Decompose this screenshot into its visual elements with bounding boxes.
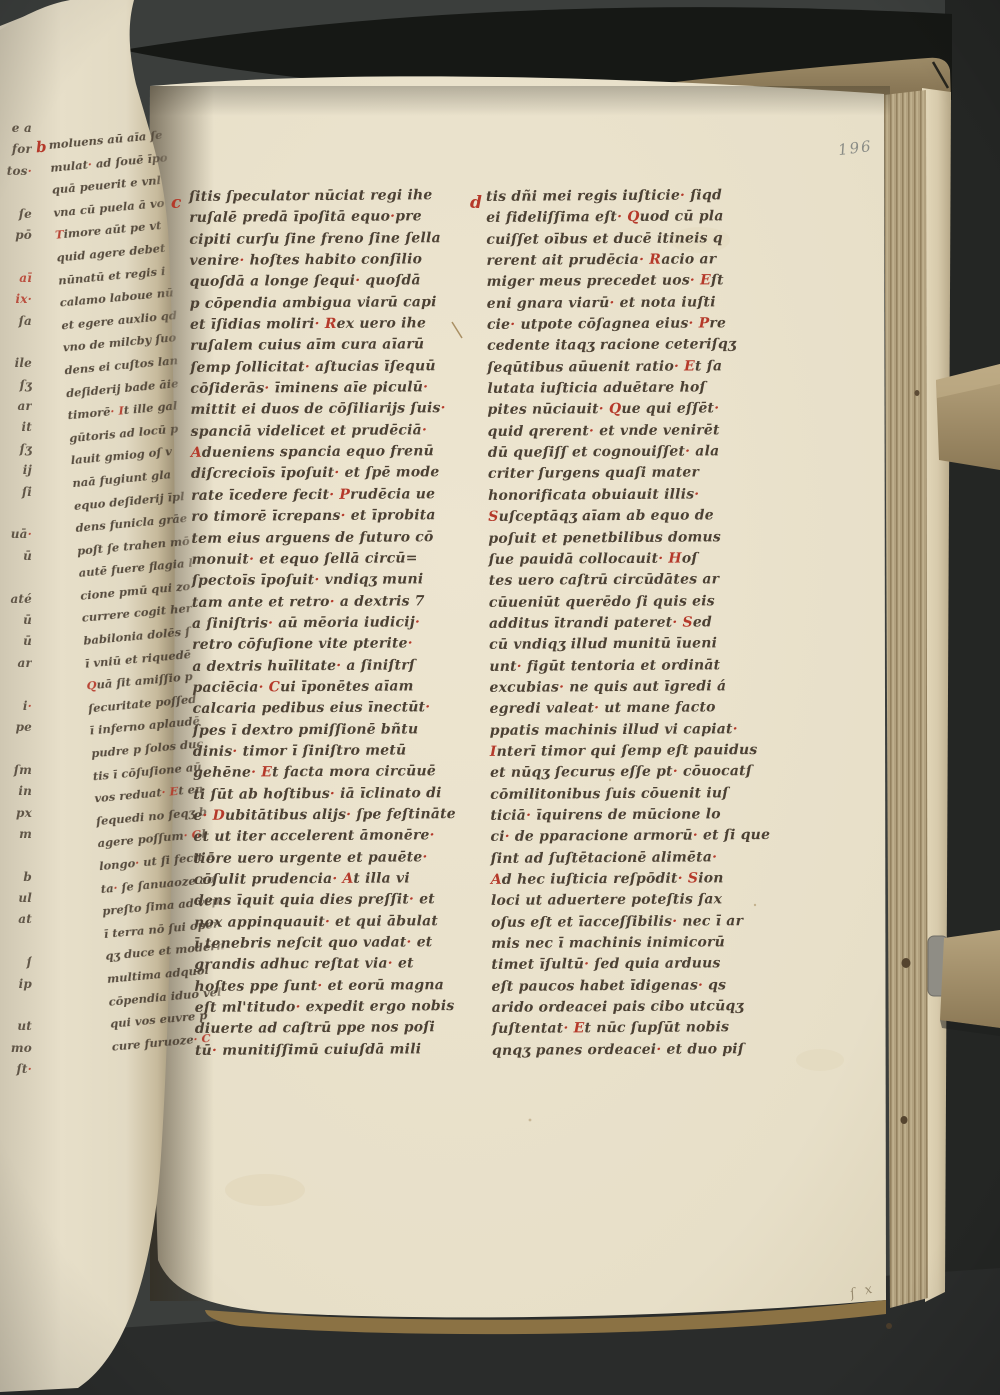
- manuscript-line: cū vndiqʒ illud munitū īueni: [489, 633, 751, 656]
- manuscript-line: cōſiderās· īminens aīe piculū·: [190, 377, 452, 400]
- manuscript-line: cie· utpote cōſagnea eius· Pre: [487, 313, 749, 336]
- manuscript-line: cuiſſet oībus et ducē itineis q: [486, 228, 748, 251]
- manuscript-line: paciēcia· Cui īponētes aīam: [192, 676, 454, 699]
- manuscript-line: loci ut aduertere poteſtis ſax: [491, 889, 753, 912]
- fragment-line: [0, 182, 32, 203]
- manuscript-line: nox appinquauit· et qui ābulat: [194, 911, 456, 934]
- fragment-line: até: [0, 589, 32, 610]
- right-column: tis dñi mei regis iuſticie· ſiqdei fidel…: [486, 185, 754, 1062]
- fragment-line: aī: [0, 268, 32, 289]
- manuscript-line: mis nec ī machinis inimicorū: [491, 932, 753, 955]
- manuscript-line: ti ſūt ab hoſtibus· iā īclinato di: [193, 783, 455, 806]
- fragment-line: b: [0, 867, 32, 888]
- fragment-line: it: [0, 417, 32, 438]
- fragment-line: [0, 845, 32, 866]
- fragment-line: [0, 567, 32, 588]
- manuscript-line: mittit ei duos de cōſiliarijs ſuis·: [190, 399, 452, 422]
- manuscript-line: additus ītrandi pateret· Sed: [489, 612, 751, 635]
- manuscript-line: eni gnara viarū· et nota iuſti: [487, 292, 749, 315]
- manuscript-line: ticiā· īquirens de mūcione lo: [490, 804, 752, 827]
- fragment-line: ile: [0, 353, 32, 374]
- fragment-line: [0, 503, 32, 524]
- fragment-line: e a: [0, 118, 32, 139]
- fragment-line: [0, 674, 32, 695]
- fragment-line: [0, 931, 32, 952]
- manuscript-line: diuerte ad caſtrū ppe nos poſi: [195, 1017, 457, 1040]
- manuscript-line: pites nūciauit· Que qui eſſēt·: [487, 399, 749, 422]
- left-column: ſitis ſpeculator nūciat regi iheruſalē p…: [189, 185, 457, 1062]
- initial-b: b: [35, 138, 47, 157]
- fragment-line: tos·: [0, 161, 32, 182]
- manuscript-line: Ad hec iuſticia reſpōdit· Sion: [491, 868, 753, 891]
- fragment-line: ſt·: [0, 1059, 32, 1080]
- fragment-line: mo: [0, 1038, 32, 1059]
- fragment-line: ſʒ: [0, 439, 32, 460]
- manuscript-line: ſemp ſollicitat· aſtucias īſequū: [190, 356, 452, 379]
- manuscript-line: retro cōfuſione vite pterite·: [192, 633, 454, 656]
- manuscript-line: diſcrecioīs īpoſuit· et ſpē mode: [191, 463, 453, 486]
- manuscript-line: tiōre uero urgente et pauēte·: [194, 847, 456, 870]
- fragment-line: ar: [0, 653, 32, 674]
- manuscript-line: ro timorē īcrepans· et īprobita: [191, 505, 453, 528]
- manuscript-line: qnqʒ panes ordeacei· et duo piſ: [492, 1039, 754, 1062]
- manuscript-line: dens īquit quia dies preſſit· et: [194, 889, 456, 912]
- manuscript-line: rate īcedere fecit· Prudēcia ue: [191, 484, 453, 507]
- manuscript-line: tes uero caſtrū circūdātes ar: [489, 569, 751, 592]
- fragment-line: ut: [0, 1016, 32, 1037]
- manuscript-line: Adueniens spancia equo frenū: [191, 441, 453, 464]
- manuscript-line: a dextris huīlitate· a ſiniſtrſ: [192, 655, 454, 678]
- fragment-line: ſe: [0, 204, 32, 225]
- manuscript-line: eſt paucos habet īdigenas· qs: [491, 975, 753, 998]
- fragment-line: ſi: [0, 482, 32, 503]
- manuscript-line: dinis· timor ī ſiniſtro metū: [193, 740, 455, 763]
- manuscript-line: ruſalem cuius aīm cura aīarū: [190, 334, 452, 357]
- manuscript-line: poſuit et penetbilibus domus: [488, 527, 750, 550]
- manuscript-line: miger meus precedet uos· Eſt: [487, 270, 749, 293]
- manuscript-line: hoſtes ppe ſunt· et eorū magna: [194, 975, 456, 998]
- fragment-line: [0, 738, 32, 759]
- manuscript-line: quoſdā a longe ſequi· quoſdā: [190, 270, 452, 293]
- fragment-line: ul: [0, 888, 32, 909]
- fragment-line: [0, 995, 32, 1016]
- fragment-line: ix·: [0, 289, 32, 310]
- manuscript-line: excubias· ne quis aut īgredi á: [489, 676, 751, 699]
- manuscript-line: ſeqūtibus aūuenit ratio· Et ſa: [487, 356, 749, 379]
- manuscript-line: venire· hoſtes habito conſilio: [189, 249, 451, 272]
- fragment-line: px: [0, 803, 32, 824]
- fragment-line: for: [0, 139, 32, 160]
- manuscript-line: a ſiniſtris· aū mēoria iudicij·: [192, 612, 454, 635]
- manuscript-line: e· Dubitātibus alijs· ſpe feſtināte: [193, 804, 455, 827]
- manuscript-line: Interī timor qui ſemp eſt pauidus: [490, 740, 752, 763]
- fragment-line: pō: [0, 225, 32, 246]
- manuscript-line: tis dñi mei regis iuſticie· ſiqd: [486, 185, 748, 208]
- manuscript-line: ſint ad ſuſtētacionē alimēta·: [491, 847, 753, 870]
- manuscript-line: et īſidias moliri· Rex uero ihe: [190, 313, 452, 336]
- manuscript-line: cūueniūt querēdo ſi quis eis: [489, 591, 751, 614]
- fragment-line: ſm: [0, 760, 32, 781]
- manuscript-line: egredi valeat· ut mane facto: [490, 697, 752, 720]
- fragment-line: ſ: [0, 952, 32, 973]
- manuscript-line: tam ante et retro· a dextris 7: [192, 591, 454, 614]
- manuscript-line: calcaria pedibus eius īnectūt·: [193, 697, 455, 720]
- manuscript-line: quid qrerent· et vnde venirēt: [488, 420, 750, 443]
- fragment-line: ſa: [0, 311, 32, 332]
- fragment-line: [0, 246, 32, 267]
- fragment-line: at: [0, 909, 32, 930]
- manuscript-line: ei fideliſſima eſt· Quod cū pla: [486, 206, 748, 229]
- fragment-line: in: [0, 781, 32, 802]
- manuscript-line: ppatis machinis illud vi capiat·: [490, 719, 752, 742]
- fragment-line: ip: [0, 974, 32, 995]
- manuscript-line: Suſceptāqʒ aīam ab equo de: [488, 505, 750, 528]
- manuscript-line: ruſalē predā īpoſitā equo·pre: [189, 206, 451, 229]
- fragment-line: pe: [0, 717, 32, 738]
- manuscript-line: unt· figūt tentoria et ordināt: [489, 655, 751, 678]
- fragment-line: ū: [0, 631, 32, 652]
- manuscript-line: monuit· et equo ſellā circū=: [191, 548, 453, 571]
- manuscript-line: eſt ml'titudo· expedit ergo nobis: [195, 996, 457, 1019]
- manuscript-line: et nūqʒ ſecurus eſſe pt· cōuocatſ: [490, 761, 752, 784]
- manuscript-line: ſpes ī dextro pmiſſionē bñtu: [193, 719, 455, 742]
- manuscript-line: gehēne· Et facta mora circūuē: [193, 761, 455, 784]
- manuscript-line: rerent ait prudēcia· Racio ar: [486, 249, 748, 272]
- manuscript-line: p cōpendia ambigua viarū capi: [190, 292, 452, 315]
- manuscript-line: tem eius arguens de futuro cō: [191, 527, 453, 550]
- fragment-line: uā·: [0, 524, 32, 545]
- fragment-line: m: [0, 824, 32, 845]
- page-edge-text-fragments: e afortos·ſepōaīix·ſaileſʒaritſʒijſiuā·ū…: [0, 118, 32, 1081]
- manuscript-line: ſitis ſpeculator nūciat regi ihe: [189, 185, 451, 208]
- manuscript-line: ī tenebris neſcit quo vadat· et: [194, 932, 456, 955]
- manuscript-line: cōmilitonibus ſuis cōuenit iuſ: [490, 783, 752, 806]
- manuscript-line: arido ordeacei pais cibo utcūqʒ: [492, 996, 754, 1019]
- fragment-line: ū: [0, 610, 32, 631]
- manuscript-line: cipiti curſu ſine freno ſine ſella: [189, 228, 451, 251]
- fragment-line: ū: [0, 546, 32, 567]
- manuscript-line: ſpectoīs īpoſuit· vndiqʒ muni: [192, 569, 454, 592]
- manuscript-line: ci· de pparacione armorū· et ſi que: [490, 825, 752, 848]
- manuscript-line: spanciā videlicet et prudēciā·: [191, 420, 453, 443]
- manuscript-line: lutata iuſticia aduētare hoſ: [487, 377, 749, 400]
- initial-c: c: [171, 193, 181, 213]
- manuscript-line: tū· munitiſſimū cuiuſdā mili: [195, 1039, 457, 1062]
- fragment-line: ſʒ: [0, 375, 32, 396]
- manuscript-photo: e afortos·ſepōaīix·ſaileſʒaritſʒijſiuā·ū…: [0, 0, 1000, 1395]
- fragment-line: ar: [0, 396, 32, 417]
- manuscript-line: oſus eſt et īacceſſibilis· nec ī ar: [491, 911, 753, 934]
- manuscript-line: ſuſtentat· Et nūc ſupſūt nobis: [492, 1017, 754, 1040]
- manuscript-line: criter ſurgens quaſi mater: [488, 463, 750, 486]
- manuscript-line: et ut iter accelerent āmonēre·: [193, 825, 455, 848]
- initial-d: d: [470, 193, 482, 213]
- manuscript-line: honorificata obuiauit illis·: [488, 484, 750, 507]
- manuscript-line: timet īſultū· ſed quia arduus: [491, 953, 753, 976]
- fragment-line: i·: [0, 696, 32, 717]
- manuscript-line: cōſulit prudencia· At illa vi: [194, 868, 456, 891]
- manuscript-line: grandis adhuc reſtat via· et: [194, 953, 456, 976]
- fragment-line: [0, 332, 32, 353]
- manuscript-line: dū queſiſſ et cognouiſſet· ala: [488, 441, 750, 464]
- manuscript-line: cedente itaqʒ racione ceteriſqʒ: [487, 334, 749, 357]
- manuscript-line: ſue pauidā collocauit· Hoſ: [488, 548, 750, 571]
- fragment-line: ij: [0, 460, 32, 481]
